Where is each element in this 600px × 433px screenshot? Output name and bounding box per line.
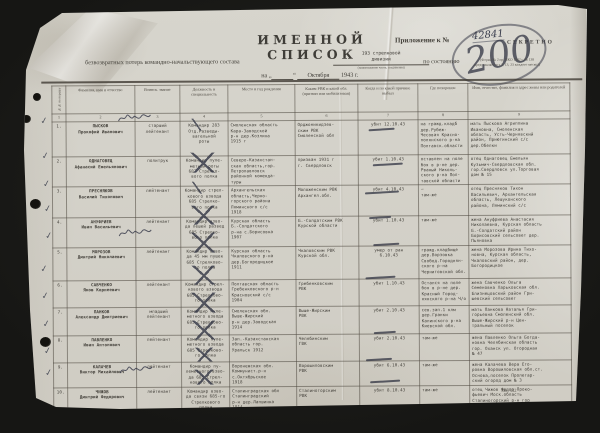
cell-birthplace: Зап.-Казахстанская область гор. Уральск … (229, 334, 296, 361)
cell-rvk: Б.-Солдатским РВК Курской области (296, 216, 359, 247)
punch-hole (22, 115, 31, 123)
cell-fate: убит 12.10.43 (358, 120, 418, 155)
punch-hole (30, 199, 41, 209)
cell-name: КАЛАЧЕВ Виктор Михайлович (67, 362, 136, 387)
cell-relatives: жена Савченко Ольга Семеновна Харьковска… (469, 278, 571, 306)
cell-relatives: жена Калачева Вера Его- ровна Ворошиловс… (469, 360, 571, 385)
date-line: на „ “ Октября 1943 г. (261, 72, 358, 80)
table-row: 10.ЧИЖОВ Дмитрий ФедоровичлейтенантКоман… (54, 385, 572, 418)
cell-position: Командир пуле- метной роты 687 Стрелко- … (180, 156, 228, 187)
empty-cell (54, 415, 572, 427)
cell-relatives: отец Однаговец Емельян Кузьмич-Свердловс… (468, 154, 570, 185)
cell-relatives: мать Панкова Наталья Гри- горьевна Смоле… (469, 305, 571, 334)
big-number-text: 200 (461, 27, 537, 82)
cell-rvk: Сталиногорским РВК (297, 386, 360, 417)
cell-relatives: жена Павленко Ольга Богда- новна Челябин… (469, 333, 571, 361)
cell-num: 8. (53, 336, 67, 363)
cell-position: Командир стрел- кового взвода 685 Стрелк… (180, 186, 228, 217)
cell-position: Командир взво- да пешей развед 685 Стрел… (181, 217, 229, 248)
cell-name: САВЧЕНКО Яков Корнеевич (67, 280, 136, 307)
cell-fate: убит 4.10.43 (358, 185, 418, 216)
cell-relatives: жена Ануфриева Анастасия Николаевна, Кур… (469, 214, 571, 245)
cell-rvk: Орджоникидзев- ским РВК Смоленской обл (295, 120, 358, 155)
cell-position: Командир пу- леметного взво- да 685 Стре… (181, 362, 229, 387)
unit-name: 193 стрелковой дивизии (333, 51, 429, 66)
cell-birthplace: Северо-Казахстан- ская область,гор. Петр… (228, 156, 295, 187)
cell-num: 9. (53, 363, 67, 388)
cell-birthplace: Смоленская область Кара-Заводской р-н де… (228, 121, 295, 156)
checkmark-annotation: ✓ (41, 151, 50, 162)
cell-birthplace: Полтавская область Гребенковского р-н Кр… (229, 279, 296, 306)
footer-note: Зак. 112 (501, 388, 516, 393)
cell-num: 2. (52, 157, 66, 187)
column-header-label: Имя, отчество, фамилия и адрес жены или … (472, 84, 565, 90)
checkmark-annotation: ✓ (41, 291, 50, 302)
cell-fate: убит 2.10.43 (359, 334, 419, 361)
column-header-label: Воинск. звание (144, 87, 171, 92)
cell-rvk: Чкаловским РВК Курской обл. (296, 246, 359, 279)
table-row: 8.ПАВЛЕНКО Иван АнтоновичлейтенантКоманд… (53, 333, 571, 363)
column-header-label: Когда и по какой причине выбыл (365, 85, 410, 95)
column-number: 1 (52, 114, 66, 122)
cell-relatives: отец Чижов Федор Проко- фьевич Моск.обла… (470, 385, 572, 416)
cell-birthplace: Сталинградская обл Сталинградский р-н де… (230, 386, 297, 417)
scan-background: ИМЕННОЙ СПИСОК Приложение к № 42841 СЕКР… (0, 0, 600, 433)
cell-fate: убит 2.10.43 (359, 306, 419, 334)
annex-label: Приложение к № (395, 36, 450, 44)
table-row: 6.САВЧЕНКО Яков КорнеевичлейтенантКоманд… (53, 278, 571, 308)
cell-rvk: Гребенковским РВК (296, 279, 359, 306)
cell-rvk: Челябинским ГВК (296, 334, 359, 361)
cell-rvk: Ворошиловским РВК (296, 361, 359, 386)
cell-position: Командир взво- да связи 685-го Стрелково… (182, 387, 230, 418)
cell-fate: убит 6.10.43 (359, 361, 419, 386)
cell-birthplace: Архангельская область,Черно- горского ра… (228, 186, 295, 217)
cell-birthplace: Смоленская обл. Выше-Жирский р-н дер.Зав… (229, 306, 296, 334)
form-note: (Форма № 2 пр. НКО 1942 г. № 138 предста… (451, 57, 563, 67)
cell-burial: гражд.кладбище дер.Ворзовка Свобод.Город… (419, 245, 469, 278)
column-header: Воинск. звание (135, 85, 180, 113)
checkmark-annotation: ✓ (43, 346, 52, 357)
cell-num: 5. (53, 248, 67, 281)
cell-burial: сев.зап.1 клм дер.Гранки Калинского р-на… (419, 305, 469, 333)
cell-num: 6. (53, 281, 67, 308)
punch-hole (26, 28, 38, 38)
document-paper: ИМЕННОЙ СПИСОК Приложение к № 42841 СЕКР… (0, 0, 600, 433)
empty-row (54, 415, 572, 427)
cell-burial: оставлен на поле боя в р-не дер. Рваный … (418, 155, 468, 186)
document-content: ИМЕННОЙ СПИСОК Приложение к № 42841 СЕКР… (0, 0, 600, 433)
cell-num: 3. (52, 187, 66, 217)
cell-burial: на гражд.кладб дер.Рубеж- Чесовая Красно… (418, 120, 468, 155)
cell-name: МОРОЗОВ Дмитрий Николаевич (67, 247, 136, 280)
subtitle: безвозвратных потерь командно-начальству… (85, 58, 240, 66)
date-prefix: на „ (261, 72, 271, 79)
cell-rank: младший лейтенант (136, 307, 181, 335)
date-year: 1943 г. (341, 72, 358, 79)
table-row: 3.ПРЕСНЯКОВ Василий ТихоновичлейтенантКо… (52, 184, 570, 217)
column-header: Где похоронен (418, 83, 468, 111)
punch-hole (33, 93, 41, 101)
date-blank (272, 72, 294, 80)
cell-rank: лейтенант (136, 335, 181, 362)
cell-name: ПАВЛЕНКО Иван Антонович (67, 335, 136, 362)
column-number: 3 (135, 113, 180, 121)
cell-rank: лейтенант (136, 362, 181, 387)
cell-fate: убит 1.10.43 (358, 155, 418, 186)
table-row: 5.МОРОЗОВ Дмитрий НиколаевичлейтенантКом… (53, 245, 571, 281)
cell-burial: там-же (419, 360, 469, 385)
cell-birthplace: Курская область Чкаловского р-на дер.Бог… (229, 246, 296, 279)
cell-rank: лейтенант (137, 387, 182, 418)
punch-hole (40, 337, 51, 347)
cell-rvk: Моложенским РВК Архангел.обл. (295, 186, 358, 217)
cell-position: Командир стрел- кового взвода 685 Стрелк… (181, 280, 229, 307)
cell-num: 4. (53, 218, 67, 248)
column-header: Фамилия, имя и отчество (66, 86, 135, 115)
cell-num: 1. (52, 122, 66, 157)
cell-rvk: призван 1931 г г. Свердловск (295, 155, 358, 186)
cell-burial: Остался на поле боя в р-не дер. Красный … (419, 278, 469, 305)
cell-burial: там-же (419, 215, 469, 246)
column-header-label: Фамилия, имя и отчество (78, 87, 122, 92)
table-row: 9.КАЛАЧЕВ Виктор МихайловичлейтенантКома… (53, 360, 571, 388)
cell-rank: старший лейтенант (135, 121, 180, 156)
cell-fate: убит 1.10.43 (359, 279, 419, 306)
checkmark-annotation: ✓ (40, 264, 49, 275)
column-header: Каким РВК и какой обл. (призван или моби… (295, 84, 358, 112)
cell-rank: лейтенант (136, 280, 181, 307)
column-header: Когда и по какой причине выбыл (358, 84, 418, 112)
date-month: Октября (297, 72, 339, 80)
cell-name: ПАНКОВ Александр Дмитриевич (67, 307, 136, 335)
checkmark-annotation: ✓ (40, 116, 49, 127)
cell-relatives: мать Пыскова Агриппина Ивановна, Смоленс… (468, 119, 570, 155)
cell-name: ОДНАГОВЕЦ Афанасий Емельянович (66, 157, 135, 188)
cell-birthplace: Курская область Б.-Солдатского р-на с.Бо… (229, 216, 296, 247)
table-row: 4.АНУФРИЕВ Иван ВасильевичлейтенантКоман… (53, 214, 571, 247)
column-header: №№ по порядку (52, 86, 66, 114)
cell-rank: лейтенант (136, 247, 181, 280)
cell-burial: там-же (420, 385, 470, 416)
cell-fate: умер от ран 6.10.43 (359, 246, 419, 279)
column-header: Место и год рождения (228, 85, 295, 114)
cell-position: Командир взво- да 45 мм пушек 685 Стрелк… (181, 247, 229, 280)
column-header-label: Каким РВК и какой обл. (призван или моби… (302, 86, 350, 96)
losses-table: №№ по порядкуФамилия, имя и отчествоВоин… (51, 82, 572, 427)
column-header: Должность и специальность (180, 85, 228, 113)
cell-position: Командир пуле- метного взвода 685 Стрелк… (181, 307, 229, 335)
table-row: 1.ПЫСКОВ Прокофий Ивановичстарший лейтен… (52, 119, 570, 157)
cell-burial: — там-же (418, 185, 468, 216)
cell-fate: убит 8.10.43 (360, 385, 420, 416)
unit-caption: (наименование части, соединения) (329, 65, 433, 70)
column-header-label: Должность и специальность (191, 87, 217, 97)
cell-relatives: жена Морозова Ирина Тихо- новна, Курская… (469, 245, 571, 279)
column-header-label: №№ по порядку (57, 87, 61, 111)
column-header: Имя, отчество, фамилия и адрес жены или … (468, 83, 570, 112)
cell-name: АНУФРИЕВ Иван Васильевич (67, 217, 136, 248)
column-header-label: Место и год рождения (242, 86, 281, 91)
cell-rvk: Выше-Жирским РВК (296, 306, 359, 334)
cell-num: 10. (54, 388, 68, 418)
cell-burial: там-же (419, 333, 469, 360)
column-header-label: Где похоронен (430, 85, 455, 90)
table-row: 7.ПАНКОВ Александр Дмитриевичмладший лей… (53, 305, 571, 336)
cell-position: Командир 283 Отд.Разведы- вательной роты (180, 121, 228, 156)
cell-name: ЧИЖОВ Дмитрий Федорович (68, 387, 137, 418)
table-row: 2.ОДНАГОВЕЦ Афанасий Емельяновичполитрук… (52, 154, 570, 187)
cell-num: 7. (53, 308, 67, 336)
cell-fate: убит 1.10.43 (359, 215, 419, 246)
cell-rank: лейтенант (136, 217, 181, 248)
cell-relatives: отец Пресняков Тихон Васильевич, Арханге… (468, 184, 570, 215)
punch-hole (25, 372, 33, 380)
cell-birthplace: Воронежская обл. Коммунист.р-н с.Октябрь… (229, 361, 296, 386)
cell-rank: лейтенант (135, 187, 180, 218)
checkmark-annotation: ✓ (42, 319, 51, 330)
checkmark-annotation: ✓ (42, 179, 51, 190)
cell-name: ПЫСКОВ Прокофий Иванович (66, 122, 135, 157)
cell-name: ПРЕСНЯКОВ Василий Тихонович (66, 187, 135, 218)
cell-position: Командир пуле- метного взвода 685 Стрелк… (181, 335, 229, 362)
cell-rank: политрук (135, 156, 180, 187)
